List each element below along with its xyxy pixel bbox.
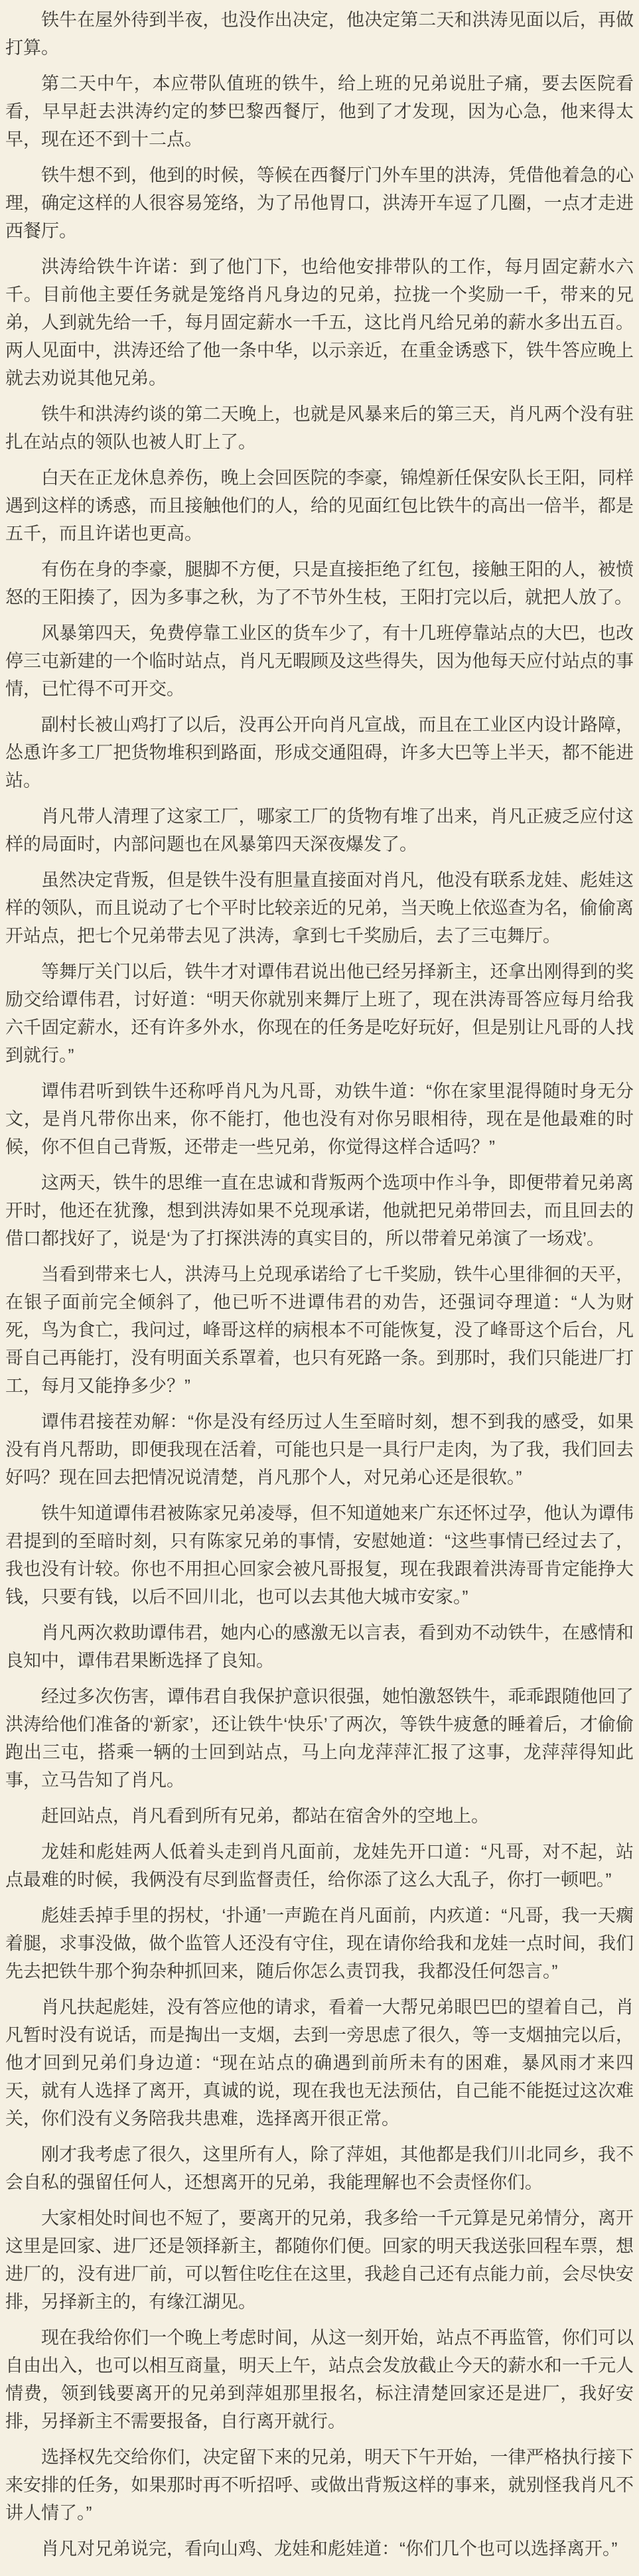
paragraph: 彪娃丢掉手里的拐杖，‘扑通’一声跪在肖凡面前，内疚道：“凡哥，我一天瘸着腿，求事… <box>5 1902 634 1985</box>
paragraph: 铁牛在屋外待到半夜，也没作出决定，他决定第二天和洪涛见面以后，再做打算。 <box>5 6 634 62</box>
paragraph: 铁牛和洪涛约谈的第二天晚上，也就是风暴来后的第三天，肖凡两个没有驻扎在站点的领队… <box>5 400 634 456</box>
paragraph: 刚才我考虑了很久，这里所有人，除了萍姐，其他都是我们川北同乡，我不会自私的强留任… <box>5 2141 634 2196</box>
paragraph: 这两天，铁牛的思维一直在忠诚和背叛两个选项中作斗争，即便带着兄弟离开时，他还在犹… <box>5 1169 634 1252</box>
paragraph: 现在我给你们一个晚上考虑时间，从这一刻开始，站点不再监管，你们可以自由出入，也可… <box>5 2324 634 2435</box>
paragraph: 洪涛给铁牛许诺：到了他门下，也给他安排带队的工作，每月固定薪水六千。目前他主要任… <box>5 253 634 392</box>
paragraph: 肖凡扶起彪娃，没有答应他的请求，看着一大帮兄弟眼巴巴的望着自己，肖凡暂时没有说话… <box>5 1993 634 2133</box>
paragraph: 第二天中午，本应带队值班的铁牛，给上班的兄弟说肚子痛，要去医院看看，早早赶去洪涛… <box>5 70 634 153</box>
paragraph: 大家相处时间也不短了，要离开的兄弟，我多给一千元算是兄弟情分，离开这里是回家、进… <box>5 2204 634 2316</box>
paragraph: 选择权先交给你们，决定留下来的兄弟，明天下午开始，一律严格执行接下来安排的任务，… <box>5 2443 634 2527</box>
paragraph: 谭伟君接茬劝解：“你是没有经历过人生至暗时刻，想不到我的感受，如果没有肖凡帮助，… <box>5 1408 634 1491</box>
paragraph: 风暴第四天，免费停靠工业区的货车少了，有十几班停靠站点的大巴，也改停三屯新建的一… <box>5 619 634 703</box>
paragraph: 肖凡两次救助谭伟君，她内心的感激无以言表，看到劝不动铁牛，在感情和良知中，谭伟君… <box>5 1619 634 1675</box>
paragraph: 肖凡对兄弟说完，看向山鸡、龙娃和彪娃道：“你们几个也可以选择离开。” <box>5 2535 634 2563</box>
paragraph: 谭伟君听到铁牛还称呼肖凡为凡哥，劝铁牛道：“你在家里混得随时身无分文，是肖凡带你… <box>5 1077 634 1161</box>
paragraph: 赶回站点，肖凡看到所有兄弟，都站在宿舍外的空地上。 <box>5 1802 634 1830</box>
paragraph: 副村长被山鸡打了以后，没再公开向肖凡宣战，而且在工业区内设计路障，怂恿许多工厂把… <box>5 711 634 795</box>
paragraph: 白天在正龙休息养伤，晚上会回医院的李豪，锦煌新任保安队长王阳，同样遇到这样的诱惑… <box>5 464 634 548</box>
paragraph: 等舞厅关门以后，铁牛才对谭伟君说出他已经另择新主，还拿出刚得到的奖励交给谭伟君，… <box>5 958 634 1069</box>
paragraph: 铁牛想不到，他到的时候，等候在西餐厅门外车里的洪涛，凭借他着急的心理，确定这样的… <box>5 161 634 245</box>
paragraph: 龙娃和彪娃两人低着头走到肖凡面前，龙娃先开口道：“凡哥，对不起，站点最难的时候，… <box>5 1838 634 1894</box>
paragraph: 肖凡带人清理了这家工厂，哪家工厂的货物有堆了出来，肖凡正疲乏应付这样的局面时，内… <box>5 802 634 858</box>
paragraph: 铁牛知道谭伟君被陈家兄弟凌辱，但不知道她来广东还怀过孕，他认为谭伟君提到的至暗时… <box>5 1499 634 1611</box>
paragraph-container: 铁牛在屋外待到半夜，也没作出决定，他决定第二天和洪涛见面以后，再做打算。第二天中… <box>5 6 634 2563</box>
paragraph: 有伤在身的李豪，腿脚不方便，只是直接拒绝了红包，接触王阳的人，被愤怒的王阳揍了，… <box>5 556 634 611</box>
paragraph: 当看到带来七人，洪涛马上兑现承诺给了七千奖励，铁牛心里徘徊的天平，在银子面前完全… <box>5 1260 634 1400</box>
paragraph: 经过多次伤害，谭伟君自我保护意识很强，她怕激怒铁牛，乖乖跟随他回了洪涛给他们准备… <box>5 1683 634 1794</box>
paragraph: 虽然决定背叛，但是铁牛没有胆量直接面对肖凡，他没有联系龙娃、彪娃这样的领队，而且… <box>5 866 634 950</box>
novel-reader-page: 铁牛在屋外待到半夜，也没作出决定，他决定第二天和洪涛见面以后，再做打算。第二天中… <box>0 0 639 2576</box>
